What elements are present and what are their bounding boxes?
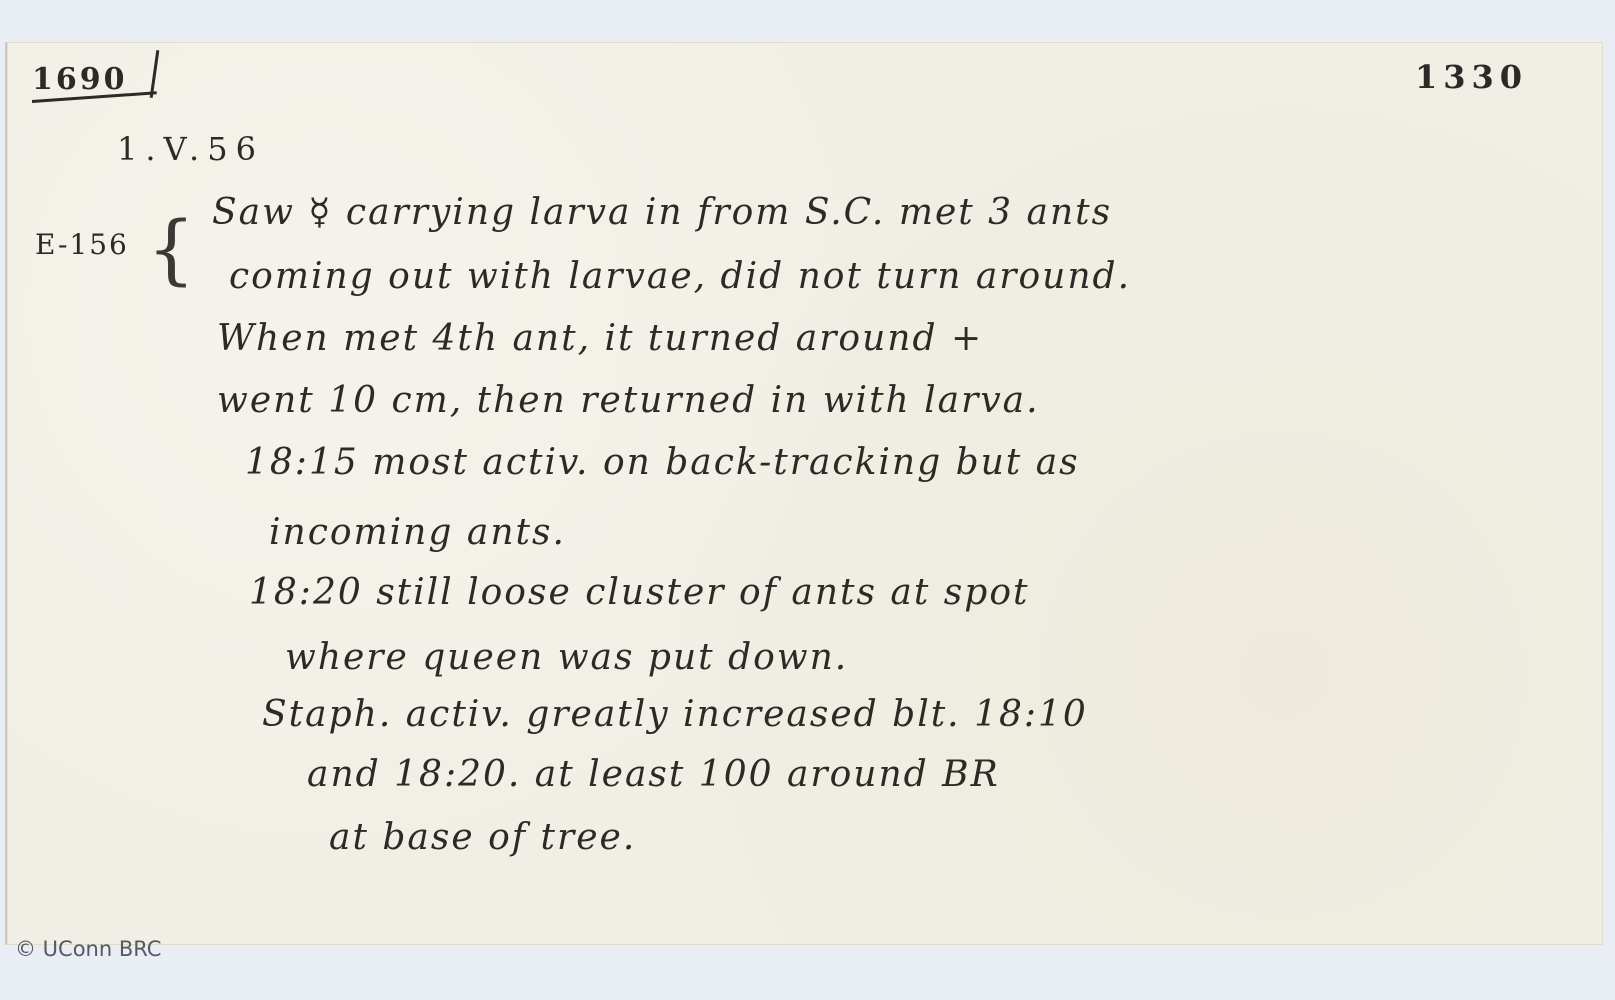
catalog-number: 1690 (32, 62, 128, 97)
specimen-code: E-156 (35, 228, 129, 261)
note-line: Saw ☿ carrying larva in from S.C. met 3 … (212, 192, 1112, 233)
note-line: When met 4th ant, it turned around + (217, 318, 983, 359)
note-line: went 10 cm, then returned in with larva. (217, 380, 1040, 421)
note-line: and 18:20. at least 100 around BR (307, 754, 1000, 795)
note-line: incoming ants. (269, 512, 566, 553)
field-note-card: 1690 1330 1.V.56 E-156 { Saw ☿ carrying … (5, 42, 1603, 945)
copyright-credit: © UConn BRC (15, 937, 161, 961)
note-line: Staph. activ. greatly increased blt. 18:… (262, 694, 1088, 735)
note-line: where queen was put down. (285, 637, 848, 678)
note-line: coming out with larvae, did not turn aro… (229, 256, 1131, 297)
note-line: at base of tree. (329, 817, 636, 858)
note-line: 18:20 still loose cluster of ants at spo… (249, 572, 1029, 613)
brace-icon: { (147, 204, 197, 293)
entry-date: 1.V.56 (117, 130, 264, 168)
note-line: 18:15 most activ. on back-tracking but a… (245, 442, 1080, 483)
page-number: 1330 (1415, 58, 1528, 96)
